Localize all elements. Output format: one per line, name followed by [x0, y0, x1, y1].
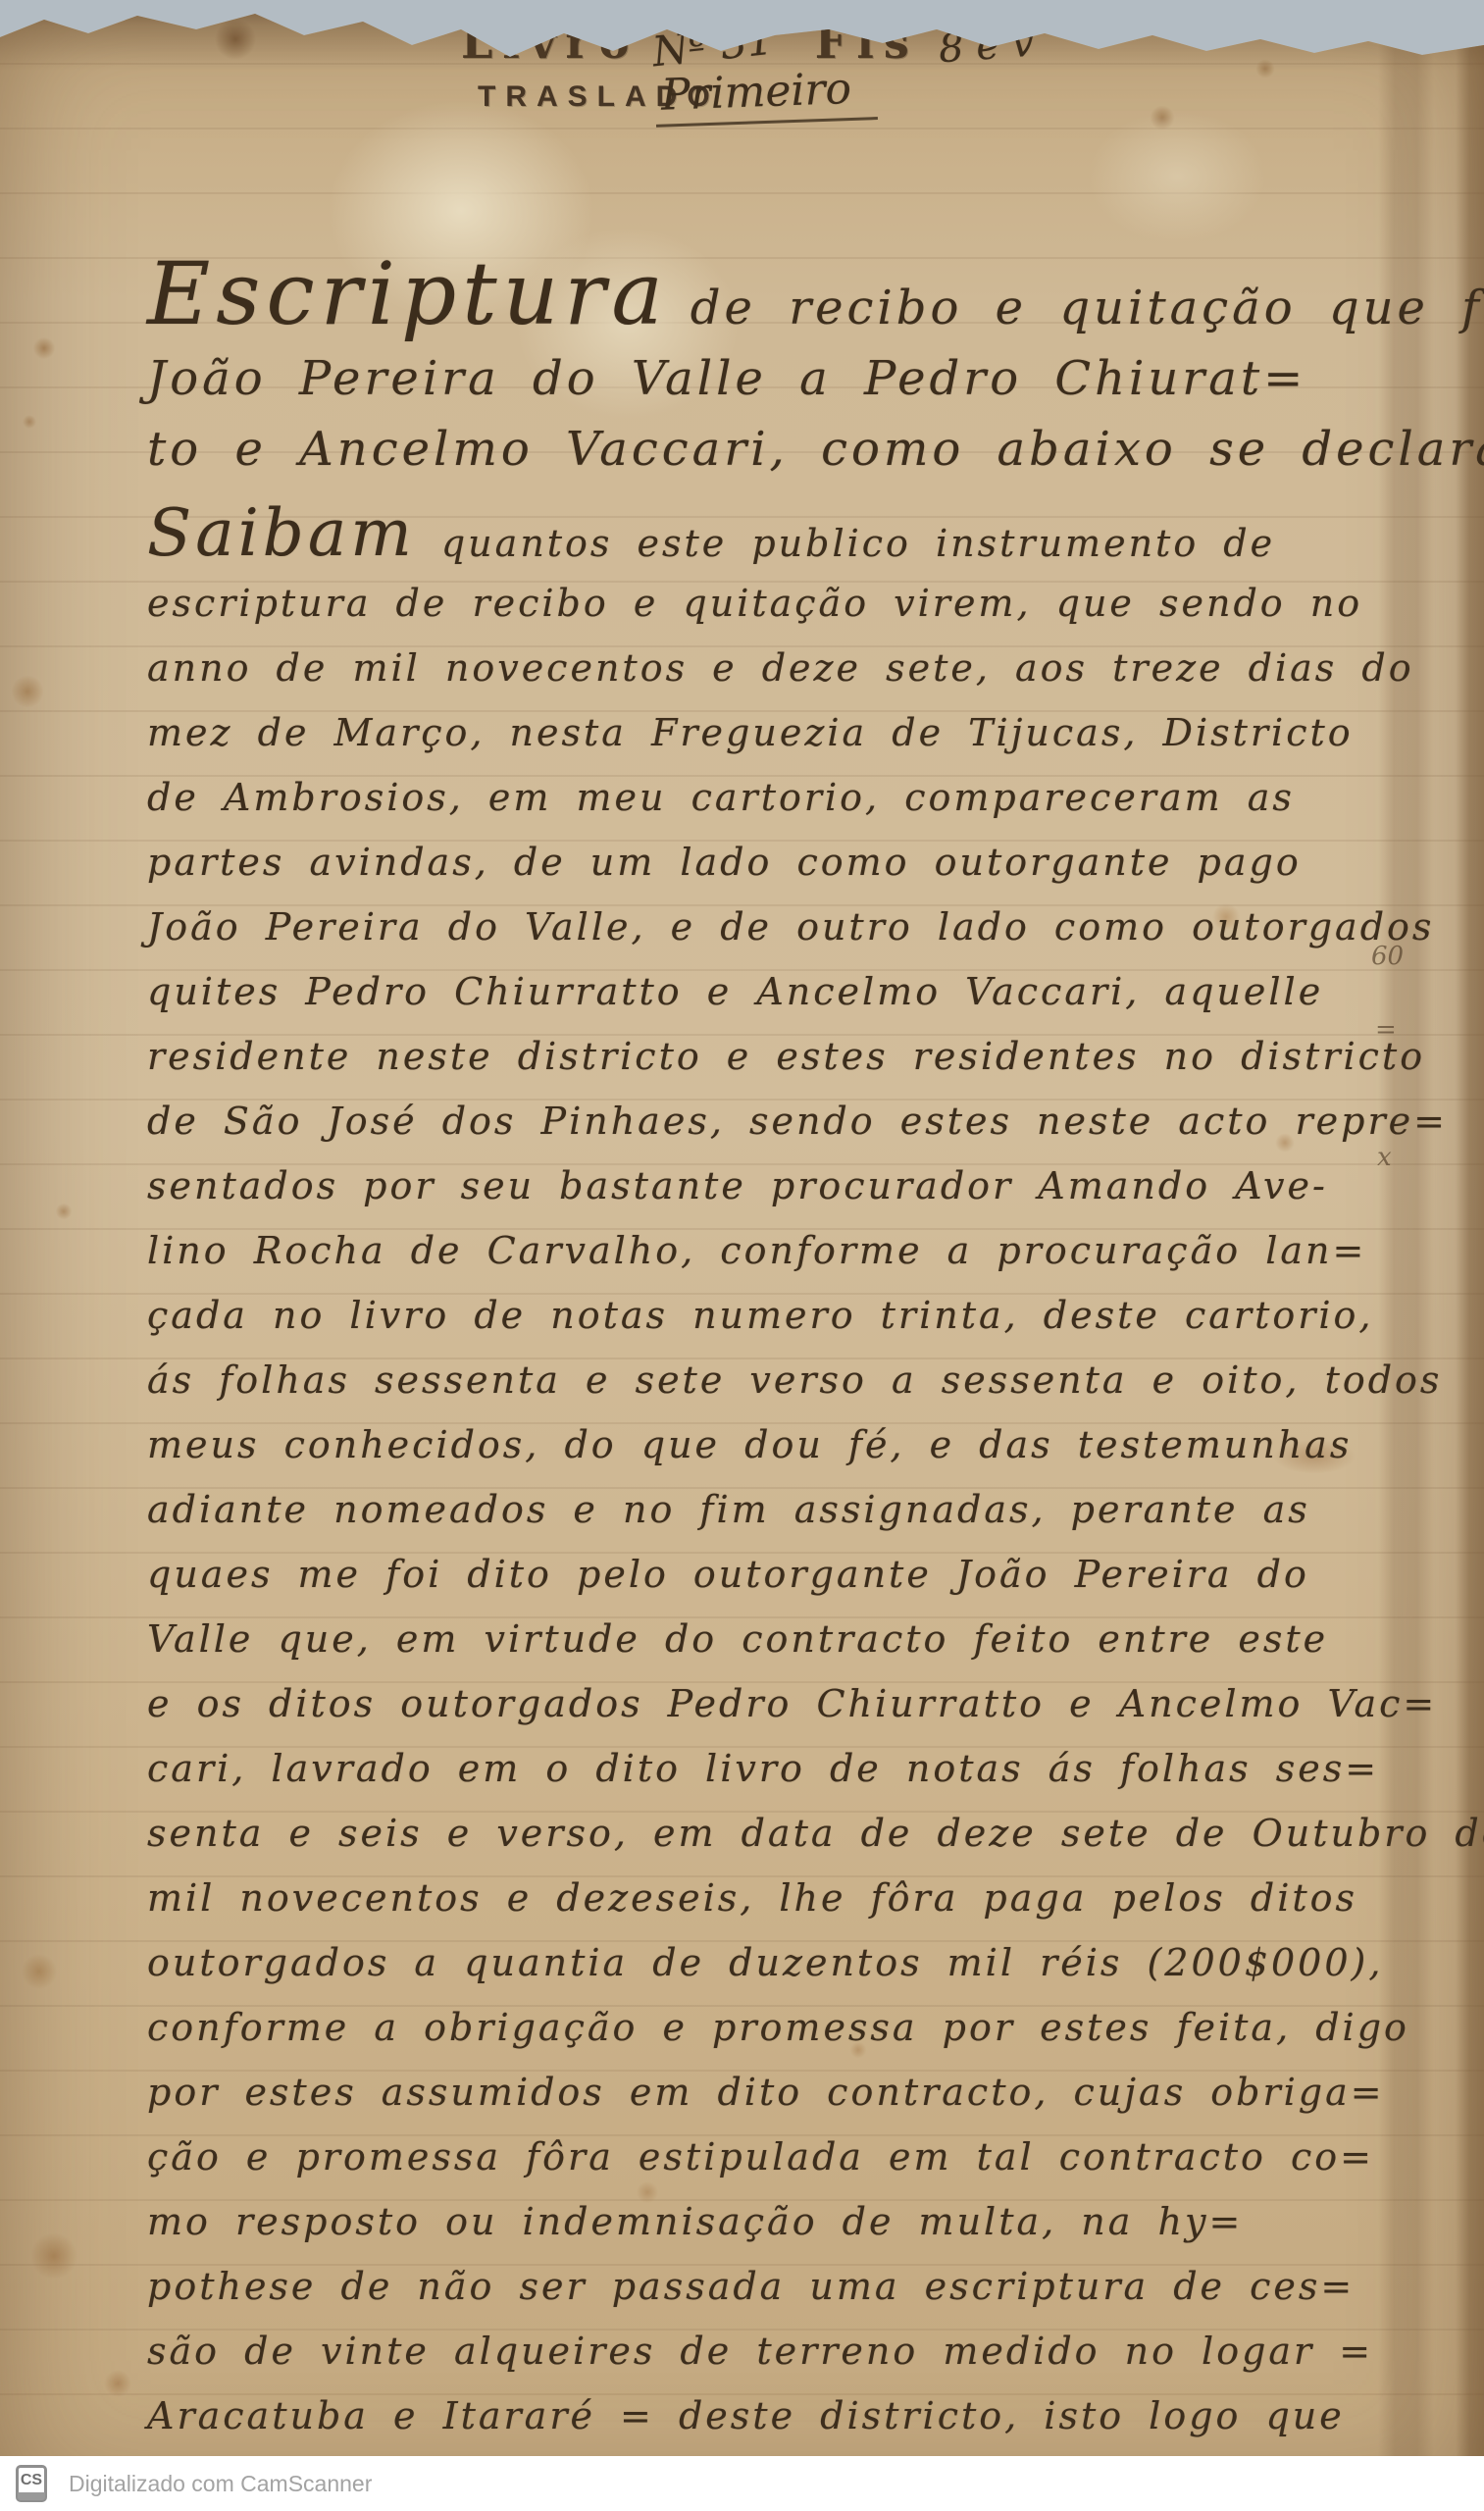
scanned-document-viewer: Livro Nº 31 Fls 8 e v TRASLADO Primeiro …	[0, 0, 1484, 2511]
manuscript-line: mez de Março, nesta Freguezia de Tijucas…	[147, 700, 1432, 765]
manuscript-line: cari, lavrado em o dito livro de notas á…	[147, 1736, 1432, 1801]
manuscript-line: Valle que, em virtude do contracto feito…	[147, 1607, 1432, 1671]
manuscript-line: são de vinte alqueires de terreno medido…	[147, 2319, 1432, 2383]
manuscript-line: mo resposto ou indemnisação de multa, na…	[147, 2189, 1432, 2254]
manuscript-line: anno de mil novecentos e deze sete, aos …	[147, 636, 1432, 700]
camscanner-watermark-text: Digitalizado com CamScanner	[69, 2471, 372, 2497]
manuscript-line: conforme a obrigação e promessa por este…	[147, 1995, 1432, 2060]
manuscript-line: ás folhas sessenta e sete verso a sessen…	[147, 1348, 1432, 1412]
manuscript-page: Livro Nº 31 Fls 8 e v TRASLADO Primeiro …	[0, 0, 1484, 2511]
manuscript-title-line: João Pereira do Valle a Pedro Chiurat=	[147, 343, 1432, 414]
manuscript-line: pothese de não ser passada uma escriptur…	[147, 2254, 1432, 2319]
registry-header: Livro Nº 31 Fls 8 e v	[461, 16, 1034, 70]
manuscript-line: por estes assumidos em dito contracto, c…	[147, 2060, 1432, 2125]
manuscript-line: lino Rocha de Carvalho, conforme a procu…	[147, 1218, 1432, 1283]
manuscript-line: sentados por seu bastante procurador Ama…	[147, 1153, 1432, 1218]
manuscript-line: residente neste districto e estes reside…	[147, 1024, 1432, 1089]
manuscript-line: ção e promessa fôra estipulada em tal co…	[147, 2125, 1432, 2189]
manuscript-line: çada no livro de notas numero trinta, de…	[147, 1283, 1432, 1348]
manuscript-line: de Ambrosios, em meu cartorio, comparece…	[147, 765, 1432, 830]
camscanner-logo-icon: CS	[16, 2465, 47, 2502]
manuscript-line: escriptura de recibo e quitação virem, q…	[147, 571, 1432, 636]
margin-mark: =	[1375, 1015, 1397, 1045]
manuscript-line: quites Pedro Chiurratto e Ancelmo Vaccar…	[147, 959, 1432, 1024]
manuscript-line: senta e seis e verso, em data de deze se…	[147, 1801, 1432, 1866]
manuscript-title-line: Escriptura de recibo e quitação que faz	[147, 233, 1432, 343]
body-lead-word: Saibam	[147, 496, 416, 571]
manuscript-line: Aracatuba e Itararé = deste districto, i…	[147, 2383, 1432, 2448]
fls-label: Fls	[815, 16, 919, 69]
manuscript-line: adiante nomeados e no fim assignadas, pe…	[147, 1477, 1432, 1542]
manuscript-line: mil novecentos e dezeseis, lhe fôra paga…	[147, 1866, 1432, 1930]
primeiro-annotation: Primeiro	[654, 63, 878, 128]
margin-mark: x	[1377, 1143, 1392, 1172]
manuscript-line: João Pereira do Valle, e de outro lado c…	[147, 895, 1432, 959]
manuscript-line: meus conhecidos, do que dou fé, e das te…	[147, 1412, 1432, 1477]
manuscript-line: de São José dos Pinhaes, sendo estes nes…	[147, 1089, 1432, 1153]
camscanner-watermark-bar: CS Digitalizado com CamScanner	[0, 2456, 1484, 2511]
manuscript-line: e os ditos outorgados Pedro Chiurratto e…	[147, 1671, 1432, 1736]
manuscript-title-line: to e Ancelmo Vaccari, como abaixo se dec…	[147, 414, 1432, 485]
manuscript-line: partes avindas, de um lado como outorgan…	[147, 830, 1432, 895]
fls-number: 8 e v	[937, 21, 1035, 73]
title-lead-word: Escriptura	[147, 245, 669, 343]
manuscript-line: quaes me foi dito pelo outorgante João P…	[147, 1542, 1432, 1607]
manuscript-text: Escriptura de recibo e quitação que faz …	[147, 233, 1432, 2448]
margin-mark: 60	[1371, 942, 1404, 971]
camscanner-logo-text: CS	[21, 2472, 42, 2489]
manuscript-line: Saibam quantos este publico instrumento …	[147, 490, 1432, 571]
manuscript-line: outorgados a quantia de duzentos mil réi…	[147, 1930, 1432, 1995]
body-lead-rest: quantos este publico instrumento de	[441, 516, 1275, 571]
title-line-rest: de recibo e quitação que faz	[691, 273, 1484, 343]
livro-label: Livro	[461, 16, 639, 69]
